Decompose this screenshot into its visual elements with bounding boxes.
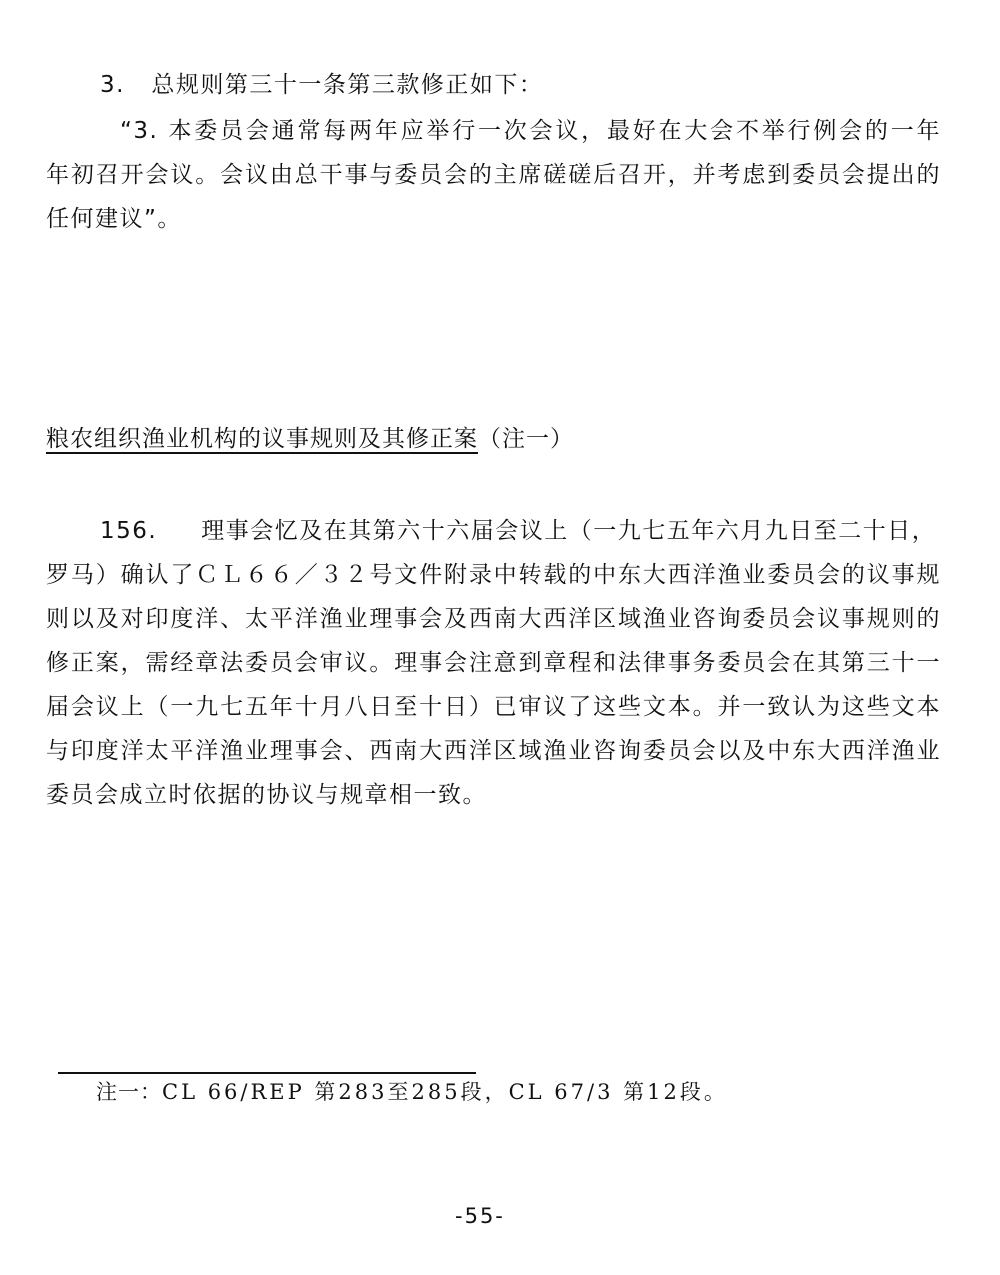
section-heading-title: 粮农组织渔业机构的议事规则及其修正案 [46, 426, 478, 452]
quote-line-2: 年初召开会议。会议由总干事与委员会的主席磋磋后召开，并考虑到委员会提出的 [46, 156, 941, 189]
footnote-text: CL 66/REP 第283至285段，CL 67/3 第12段。 [162, 1080, 728, 1104]
footnote-divider [58, 1072, 476, 1074]
footnote-label: 注一： [96, 1080, 162, 1104]
item-text: 总规则第三十一条第三款修正如下： [151, 72, 543, 98]
paragraph-line-5: 届会议上（一九七五年十月八日至十日）已审议了这些文本。并一致认为这些文本 [46, 688, 941, 721]
page-number: -55- [455, 1204, 505, 1228]
paragraph-line-7: 委员会成立时依据的协议与规章相一致。 [46, 776, 487, 809]
footnote: 注一：CL 66/REP 第283至285段，CL 67/3 第12段。 [96, 1076, 728, 1106]
section-heading: 粮农组织渔业机构的议事规则及其修正案（注一） [46, 420, 574, 453]
amendment-item: 3. 总规则第三十一条第三款修正如下： [100, 66, 543, 99]
paragraph-line-3: 则以及对印度洋、太平洋渔业理事会及西南大西洋区域渔业咨询委员会议事规则的 [46, 600, 941, 633]
paragraph-line-2: 罗马）确认了ＣＬ６６／３２号文件附录中转载的中东大西洋渔业委员会的议事规 [46, 556, 941, 589]
paragraph-line-4: 修正案，需经章法委员会审议。理事会注意到章程和法律事务委员会在其第三十一 [46, 644, 941, 677]
paragraph-line-1: 156. 理事会忆及在其第六十六届会议上（一九七五年六月九日至二十日， [100, 512, 941, 545]
quote-line-1: “3. 本委员会通常每两年应举行一次会议，最好在大会不举行例会的一年 [120, 112, 941, 145]
item-number: 3. [100, 72, 125, 98]
paragraph-number: 156. [100, 518, 157, 544]
footnote-ref: （注一） [478, 426, 574, 452]
quote-line-3: 任何建议”。 [46, 200, 182, 233]
paragraph-line-6: 与印度洋太平洋渔业理事会、西南大西洋区域渔业咨询委员会以及中东大西洋渔业 [46, 732, 941, 765]
paragraph-text-first: 理事会忆及在其第六十六届会议上（一九七五年六月九日至二十日， [201, 518, 936, 544]
